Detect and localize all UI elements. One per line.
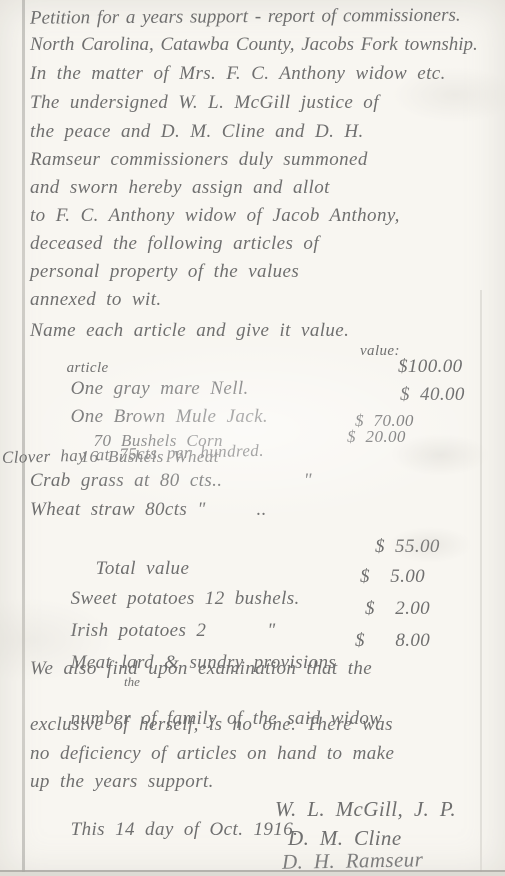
doc-line: up the years support. (30, 771, 505, 797)
doc-line: exclusive of herself, is no one. There w… (30, 714, 505, 740)
doc-line-title: Petition for a years support - report of… (30, 4, 505, 33)
doc-line: no deficiency of articles on hand to mak… (30, 743, 505, 769)
line-text: The undersigned W. L. McGill justice of (30, 92, 379, 113)
doc-line: deceased the following articles of (30, 233, 505, 259)
line-text: In the matter of Mrs. F. C. Anthony wido… (30, 63, 446, 84)
line-text: Petition for a years support - report of… (30, 5, 461, 29)
line-text: exclusive of herself, is no one. There w… (30, 714, 393, 735)
line-text: Ramseur commissioners duly summoned (30, 149, 368, 170)
total-row: Total value $ 55.00 (55, 536, 505, 562)
inserted-word: the (124, 674, 140, 690)
line-text: up the years support. (30, 771, 214, 792)
article-row: Meat lard & sundry provisions $ 8.00 (30, 630, 505, 656)
amount-value: $ 2.00 (365, 598, 430, 620)
amount-value: $ 8.00 (355, 630, 430, 652)
doc-line: the peace and D. M. Cline and D. H. (30, 121, 505, 147)
doc-line: Ramseur commissioners duly summoned (30, 149, 505, 175)
left-margin-rule (22, 0, 25, 876)
doc-line: number of family of the said widow the (30, 686, 505, 712)
line-text: to F. C. Anthony widow of Jacob Anthony, (30, 205, 400, 226)
document-page: Petition for a years support - report of… (0, 0, 505, 876)
doc-line: annexed to wit. (30, 289, 505, 315)
line-text: and sworn hereby assign and allot (30, 177, 330, 198)
doc-line: In the matter of Mrs. F. C. Anthony wido… (30, 63, 505, 89)
doc-line-location: North Carolina, Catawba County, Jacobs F… (30, 34, 505, 60)
line-text: Name each article and give it value. (30, 320, 349, 341)
doc-line: personal property of the values (30, 261, 505, 287)
amount-value: $ 5.00 (360, 566, 425, 588)
line-text: We also find upon examination that the (30, 658, 372, 679)
line-text: no deficiency of articles on hand to mak… (30, 743, 394, 764)
article-row: Irish potatoes 2 " $ 2.00 (30, 598, 505, 624)
line-text: the peace and D. M. Cline and D. H. (30, 121, 364, 142)
article-row: Crab grass at 80 cts.. " (30, 470, 505, 496)
amount-value: $100.00 (398, 356, 463, 378)
article-name: Crab grass at 80 cts.. " (30, 470, 312, 491)
total-amount: $ 55.00 (375, 536, 440, 558)
line-text: annexed to wit. (30, 289, 162, 310)
article-row: Wheat straw 80cts " .. (30, 499, 505, 525)
doc-line: and sworn hereby assign and allot (30, 177, 505, 203)
doc-line: The undersigned W. L. McGill justice of (30, 92, 505, 118)
signature-mcgill: W. L. McGill, J. P. (275, 797, 456, 822)
date-line: This 14 day of Oct. 1916. W. L. McGill, … (30, 797, 505, 823)
article-name: Wheat straw 80cts " .. (30, 499, 267, 520)
line-text: deceased the following articles of (30, 233, 319, 254)
amount-value: $ 40.00 (400, 384, 465, 406)
article-row: One Brown Mule Jack. $ 40.00 (30, 384, 505, 410)
article-row: Sweet potatoes 12 bushels. $ 5.00 (30, 566, 505, 592)
page-edge (0, 872, 505, 876)
line-text: North Carolina, Catawba County, Jacobs F… (30, 34, 478, 55)
article-row: One gray mare Nell. $100.00 (30, 356, 505, 382)
doc-line: We also find upon examination that the (30, 658, 505, 684)
line-text: personal property of the values (30, 261, 299, 282)
doc-line: to F. C. Anthony widow of Jacob Anthony, (30, 205, 505, 231)
